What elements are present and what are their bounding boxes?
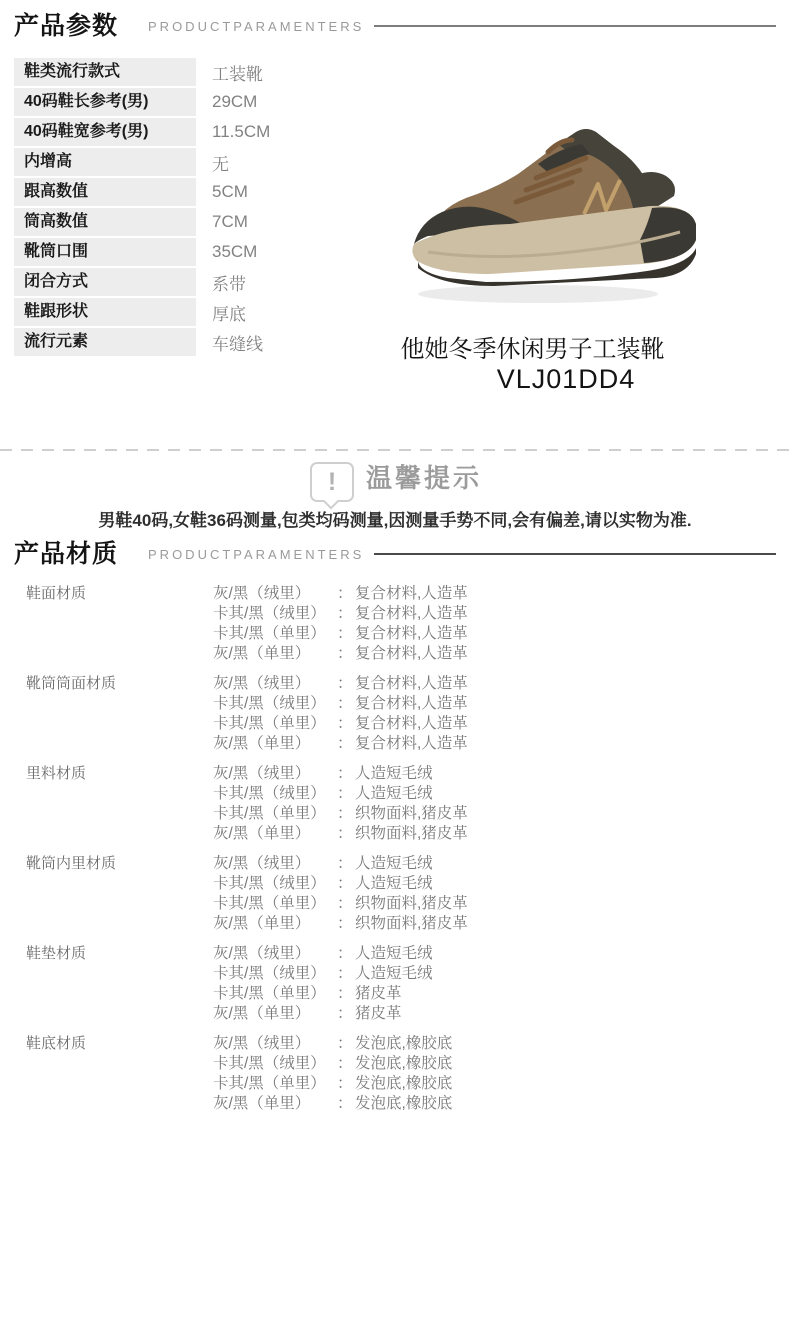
material-variant: 灰/黑（绒里） [213,944,337,964]
colon-separator: ： [337,604,355,624]
param-row: 流行元素车缝线 [14,328,434,356]
param-value: 厚底 [212,300,246,325]
param-value: 29CM [212,92,257,112]
material-line: 灰/黑（绒里）：人造短毛绒 [213,944,776,964]
colon-separator: ： [337,764,355,784]
material-lines: 灰/黑（绒里）：复合材料,人造革卡其/黑（绒里）：复合材料,人造革卡其/黑（单里… [213,674,776,754]
colon-separator: ： [337,784,355,804]
colon-separator: ： [337,914,355,934]
tips-title: 温馨提示 [366,458,482,495]
param-label: 内增高 [14,148,196,176]
material-variant: 卡其/黑（单里） [213,984,337,1004]
param-label: 鞋类流行款式 [14,58,196,86]
material-line: 灰/黑（单里）：织物面料,猪皮革 [213,914,776,934]
header-rule-line [374,553,776,555]
material-line: 卡其/黑（绒里）：复合材料,人造革 [213,694,776,714]
material-variant: 灰/黑（绒里） [213,584,337,604]
param-label: 靴筒口围 [14,238,196,266]
header-rule-line [374,25,776,27]
shoe-shadow [418,285,658,303]
param-label: 鞋跟形状 [14,298,196,326]
param-label: 跟高数值 [14,178,196,206]
material-line: 卡其/黑（单里）：发泡底,橡胶底 [213,1074,776,1094]
param-label: 筒高数值 [14,208,196,236]
param-row: 鞋跟形状厚底 [14,298,434,326]
material-group: 靴筒筒面材质灰/黑（绒里）：复合材料,人造革卡其/黑（绒里）：复合材料,人造革卡… [14,674,776,754]
material-group-label: 鞋面材质 [14,584,213,664]
colon-separator: ： [337,824,355,844]
material-line: 灰/黑（绒里）：人造短毛绒 [213,764,776,784]
material-line: 卡其/黑（绒里）：复合材料,人造革 [213,604,776,624]
material-group-label: 靴筒内里材质 [14,854,213,934]
product-detail-page: 产品参数 PRODUCTPARAMENTERS 鞋类流行款式工装靴40码鞋长参考… [0,0,790,1330]
tips-text: 男鞋40码,女鞋36码测量,包类均码测量,因测量手势不同,会有偏差,请以实物为准… [0,506,790,531]
material-value: 猪皮革 [355,1004,402,1024]
shoe-illustration [388,118,733,318]
colon-separator: ： [337,1094,355,1114]
material-line: 卡其/黑（单里）：猪皮革 [213,984,776,1004]
material-value: 人造短毛绒 [355,964,433,984]
material-line: 灰/黑（单里）：织物面料,猪皮革 [213,824,776,844]
material-variant: 灰/黑（绒里） [213,1034,337,1054]
colon-separator: ： [337,694,355,714]
params-section-title: 产品参数 [14,6,118,42]
material-value: 复合材料,人造革 [355,694,468,714]
material-line: 卡其/黑（绒里）：人造短毛绒 [213,964,776,984]
dashed-divider [0,449,790,451]
param-row: 鞋类流行款式工装靴 [14,58,434,86]
colon-separator: ： [337,584,355,604]
colon-separator: ： [337,804,355,824]
param-row: 靴筒口围35CM [14,238,434,266]
material-value: 复合材料,人造革 [355,734,468,754]
material-value: 织物面料,猪皮革 [355,804,468,824]
product-caption: 他她冬季休闲男子工装靴 [390,329,675,364]
material-value: 发泡底,橡胶底 [355,1034,452,1054]
colon-separator: ： [337,1034,355,1054]
material-value: 织物面料,猪皮革 [355,824,468,844]
material-line: 灰/黑（单里）：猪皮革 [213,1004,776,1024]
material-lines: 灰/黑（绒里）：人造短毛绒卡其/黑（绒里）：人造短毛绒卡其/黑（单里）：织物面料… [213,764,776,844]
material-value: 复合材料,人造革 [355,674,468,694]
material-value: 人造短毛绒 [355,854,433,874]
material-variant: 灰/黑（单里） [213,734,337,754]
material-line: 卡其/黑（绒里）：人造短毛绒 [213,784,776,804]
material-group-label: 鞋底材质 [14,1034,213,1114]
material-variant: 灰/黑（绒里） [213,674,337,694]
param-value: 无 [212,150,229,175]
product-model-code: VLJ01DD4 [396,364,736,395]
material-line: 灰/黑（绒里）：发泡底,橡胶底 [213,1034,776,1054]
params-section-header: 产品参数 PRODUCTPARAMENTERS [14,6,776,42]
material-line: 卡其/黑（绒里）：人造短毛绒 [213,874,776,894]
material-variant: 灰/黑（绒里） [213,854,337,874]
material-variant: 卡其/黑（绒里） [213,604,337,624]
param-label: 40码鞋长参考(男) [14,88,196,116]
param-row: 闭合方式系带 [14,268,434,296]
param-label: 流行元素 [14,328,196,356]
exclamation-bubble-icon: ! [310,462,354,502]
materials-section-title: 产品材质 [14,534,118,570]
material-group: 鞋底材质灰/黑（绒里）：发泡底,橡胶底卡其/黑（绒里）：发泡底,橡胶底卡其/黑（… [14,1034,776,1114]
param-value: 11.5CM [212,122,270,142]
material-value: 复合材料,人造革 [355,644,468,664]
material-variant: 卡其/黑（绒里） [213,964,337,984]
materials-section-subtitle: PRODUCTPARAMENTERS [148,543,364,562]
param-row: 跟高数值5CM [14,178,434,206]
material-line: 灰/黑（绒里）：复合材料,人造革 [213,674,776,694]
material-line: 灰/黑（单里）：发泡底,橡胶底 [213,1094,776,1114]
param-value: 系带 [212,270,246,295]
param-row: 40码鞋长参考(男)29CM [14,88,434,116]
param-row: 40码鞋宽参考(男)11.5CM [14,118,434,146]
material-value: 发泡底,橡胶底 [355,1094,452,1114]
material-value: 复合材料,人造革 [355,604,468,624]
material-group-label: 靴筒筒面材质 [14,674,213,754]
colon-separator: ： [337,674,355,694]
material-variant: 灰/黑（单里） [213,914,337,934]
colon-separator: ： [337,984,355,1004]
material-line: 卡其/黑（绒里）：发泡底,橡胶底 [213,1054,776,1074]
param-value: 车缝线 [212,330,263,355]
material-variant: 灰/黑（单里） [213,1004,337,1024]
material-value: 复合材料,人造革 [355,584,468,604]
params-table: 鞋类流行款式工装靴40码鞋长参考(男)29CM40码鞋宽参考(男)11.5CM内… [14,58,434,358]
material-value: 人造短毛绒 [355,874,433,894]
material-group-label: 鞋垫材质 [14,944,213,1024]
material-value: 人造短毛绒 [355,784,433,804]
material-lines: 灰/黑（绒里）：发泡底,橡胶底卡其/黑（绒里）：发泡底,橡胶底卡其/黑（单里）：… [213,1034,776,1114]
material-line: 灰/黑（单里）：复合材料,人造革 [213,644,776,664]
material-lines: 灰/黑（绒里）：人造短毛绒卡其/黑（绒里）：人造短毛绒卡其/黑（单里）：猪皮革灰… [213,944,776,1024]
material-line: 卡其/黑（单里）：织物面料,猪皮革 [213,894,776,914]
material-group: 靴筒内里材质灰/黑（绒里）：人造短毛绒卡其/黑（绒里）：人造短毛绒卡其/黑（单里… [14,854,776,934]
material-lines: 灰/黑（绒里）：人造短毛绒卡其/黑（绒里）：人造短毛绒卡其/黑（单里）：织物面料… [213,854,776,934]
material-line: 灰/黑（绒里）：复合材料,人造革 [213,584,776,604]
colon-separator: ： [337,714,355,734]
material-variant: 卡其/黑（单里） [213,1074,337,1094]
material-group: 鞋面材质灰/黑（绒里）：复合材料,人造革卡其/黑（绒里）：复合材料,人造革卡其/… [14,584,776,664]
materials-section-header: 产品材质 PRODUCTPARAMENTERS [14,534,776,570]
material-value: 复合材料,人造革 [355,714,468,734]
colon-separator: ： [337,894,355,914]
param-row: 筒高数值7CM [14,208,434,236]
material-group: 鞋垫材质灰/黑（绒里）：人造短毛绒卡其/黑（绒里）：人造短毛绒卡其/黑（单里）：… [14,944,776,1024]
param-label: 40码鞋宽参考(男) [14,118,196,146]
material-group-label: 里料材质 [14,764,213,844]
material-value: 人造短毛绒 [355,944,433,964]
param-label: 闭合方式 [14,268,196,296]
param-value: 35CM [212,242,257,262]
param-value: 7CM [212,212,248,232]
material-variant: 灰/黑（单里） [213,1094,337,1114]
product-photo-shoe [388,118,733,318]
material-value: 人造短毛绒 [355,764,433,784]
material-variant: 卡其/黑（绒里） [213,694,337,714]
colon-separator: ： [337,1004,355,1024]
material-variant: 卡其/黑（单里） [213,894,337,914]
material-variant: 卡其/黑（绒里） [213,1054,337,1074]
colon-separator: ： [337,734,355,754]
colon-separator: ： [337,644,355,664]
material-line: 灰/黑（绒里）：人造短毛绒 [213,854,776,874]
params-section-subtitle: PRODUCTPARAMENTERS [148,15,364,34]
colon-separator: ： [337,964,355,984]
material-line: 卡其/黑（单里）：复合材料,人造革 [213,714,776,734]
material-variant: 卡其/黑（单里） [213,804,337,824]
material-line: 卡其/黑（单里）：织物面料,猪皮革 [213,804,776,824]
colon-separator: ： [337,1054,355,1074]
material-variant: 卡其/黑（绒里） [213,784,337,804]
material-variant: 卡其/黑（单里） [213,624,337,644]
material-line: 卡其/黑（单里）：复合材料,人造革 [213,624,776,644]
colon-separator: ： [337,874,355,894]
material-line: 灰/黑（单里）：复合材料,人造革 [213,734,776,754]
material-value: 复合材料,人造革 [355,624,468,644]
param-row: 内增高无 [14,148,434,176]
material-value: 发泡底,橡胶底 [355,1074,452,1094]
colon-separator: ： [337,944,355,964]
material-value: 猪皮革 [355,984,402,1004]
colon-separator: ： [337,854,355,874]
materials-list: 鞋面材质灰/黑（绒里）：复合材料,人造革卡其/黑（绒里）：复合材料,人造革卡其/… [14,584,776,1124]
colon-separator: ： [337,624,355,644]
colon-separator: ： [337,1074,355,1094]
param-value: 5CM [212,182,248,202]
material-variant: 灰/黑（单里） [213,824,337,844]
material-group: 里料材质灰/黑（绒里）：人造短毛绒卡其/黑（绒里）：人造短毛绒卡其/黑（单里）：… [14,764,776,844]
param-value: 工装靴 [212,60,263,85]
material-lines: 灰/黑（绒里）：复合材料,人造革卡其/黑（绒里）：复合材料,人造革卡其/黑（单里… [213,584,776,664]
material-variant: 卡其/黑（绒里） [213,874,337,894]
material-variant: 灰/黑（绒里） [213,764,337,784]
material-value: 织物面料,猪皮革 [355,894,468,914]
material-variant: 灰/黑（单里） [213,644,337,664]
material-variant: 卡其/黑（单里） [213,714,337,734]
material-value: 发泡底,橡胶底 [355,1054,452,1074]
material-value: 织物面料,猪皮革 [355,914,468,934]
